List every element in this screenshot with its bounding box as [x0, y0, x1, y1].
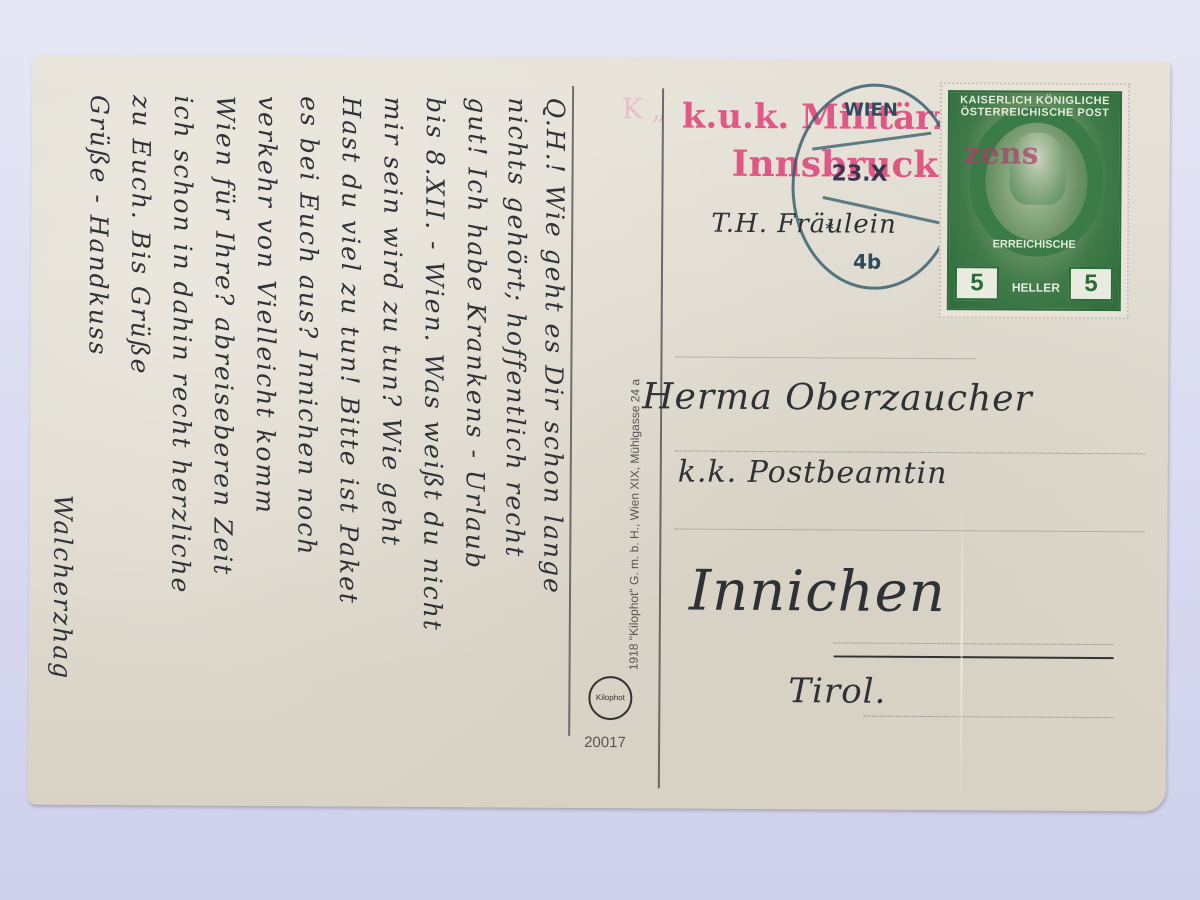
- address-title: k.k. Postbeamtin: [678, 454, 948, 491]
- address-underline: [834, 655, 1114, 659]
- message-line: Wien für Ihre? abreiseberen Zeit: [208, 96, 240, 577]
- address-town: Innichen: [689, 559, 946, 626]
- message-line: bis 8.XII. - Wien. Was weißt du nicht: [418, 97, 450, 632]
- message-line: Hast du viel zu tun! Bitte ist Paket: [334, 96, 366, 605]
- message-line: ich schon in dahin recht herzliche: [166, 95, 198, 594]
- stamp-currency: HELLER: [1009, 281, 1063, 295]
- address-divider-line: [658, 88, 664, 788]
- postcard: K „ Q.H.! Wie geht es Dir schon lange ni…: [28, 55, 1171, 812]
- faint-red-marks: K „: [622, 92, 667, 125]
- message-line: Q.H.! Wie geht es Dir schon lange: [538, 98, 570, 595]
- publisher-logo: Kilophot: [588, 676, 632, 720]
- address-line: [863, 716, 1113, 719]
- stamp-ring-text-bottom: ERREICHISCHE: [949, 238, 1119, 251]
- message-line: mir sein wird zu tun? Wie geht: [376, 97, 408, 547]
- stamp-censor-overprint: zens: [964, 136, 1039, 171]
- message-line: gut! Ich habe Krankens - Urlaub: [460, 97, 492, 570]
- address-region: Tirol.: [788, 671, 886, 712]
- message-line: es bei Euch aus? Innichen noch: [292, 96, 324, 556]
- address-salutation: T.H. Fräulein: [711, 209, 897, 240]
- publisher-imprint: 1918 "Kilophot" G. m. b. H., Wien XIX, M…: [627, 379, 643, 670]
- postmark-city: WIEN: [844, 99, 898, 120]
- signature: Walcherzhag: [47, 495, 77, 681]
- card-crease: [960, 500, 964, 800]
- message-line: nichts gehört; hoffentlich recht: [500, 97, 532, 558]
- address-line: [834, 642, 1114, 645]
- stamp-ring-text: KAISERLICH KÖNIGLICHE ÖSTERREICHISCHE PO…: [950, 94, 1120, 119]
- postmark-date: 23.X: [832, 161, 888, 186]
- message-line: zu Euch. Bis Grüße: [125, 95, 156, 375]
- address-line: [675, 450, 1145, 454]
- stamp-value-right: 5: [1069, 267, 1113, 301]
- postmark-number: 4b: [853, 250, 881, 274]
- message-line: verkehr von Vielleicht komm: [250, 96, 282, 515]
- publisher-number: 20017: [584, 734, 626, 751]
- postage-stamp: KAISERLICH KÖNIGLICHE ÖSTERREICHISCHE PO…: [939, 82, 1130, 319]
- message-line: Grüße - Handkuss: [83, 95, 114, 357]
- stamp-value-left: 5: [955, 266, 999, 300]
- address-line: [675, 356, 975, 359]
- address-line: [674, 528, 1144, 532]
- address-name: Herma Oberzaucher: [642, 376, 1033, 419]
